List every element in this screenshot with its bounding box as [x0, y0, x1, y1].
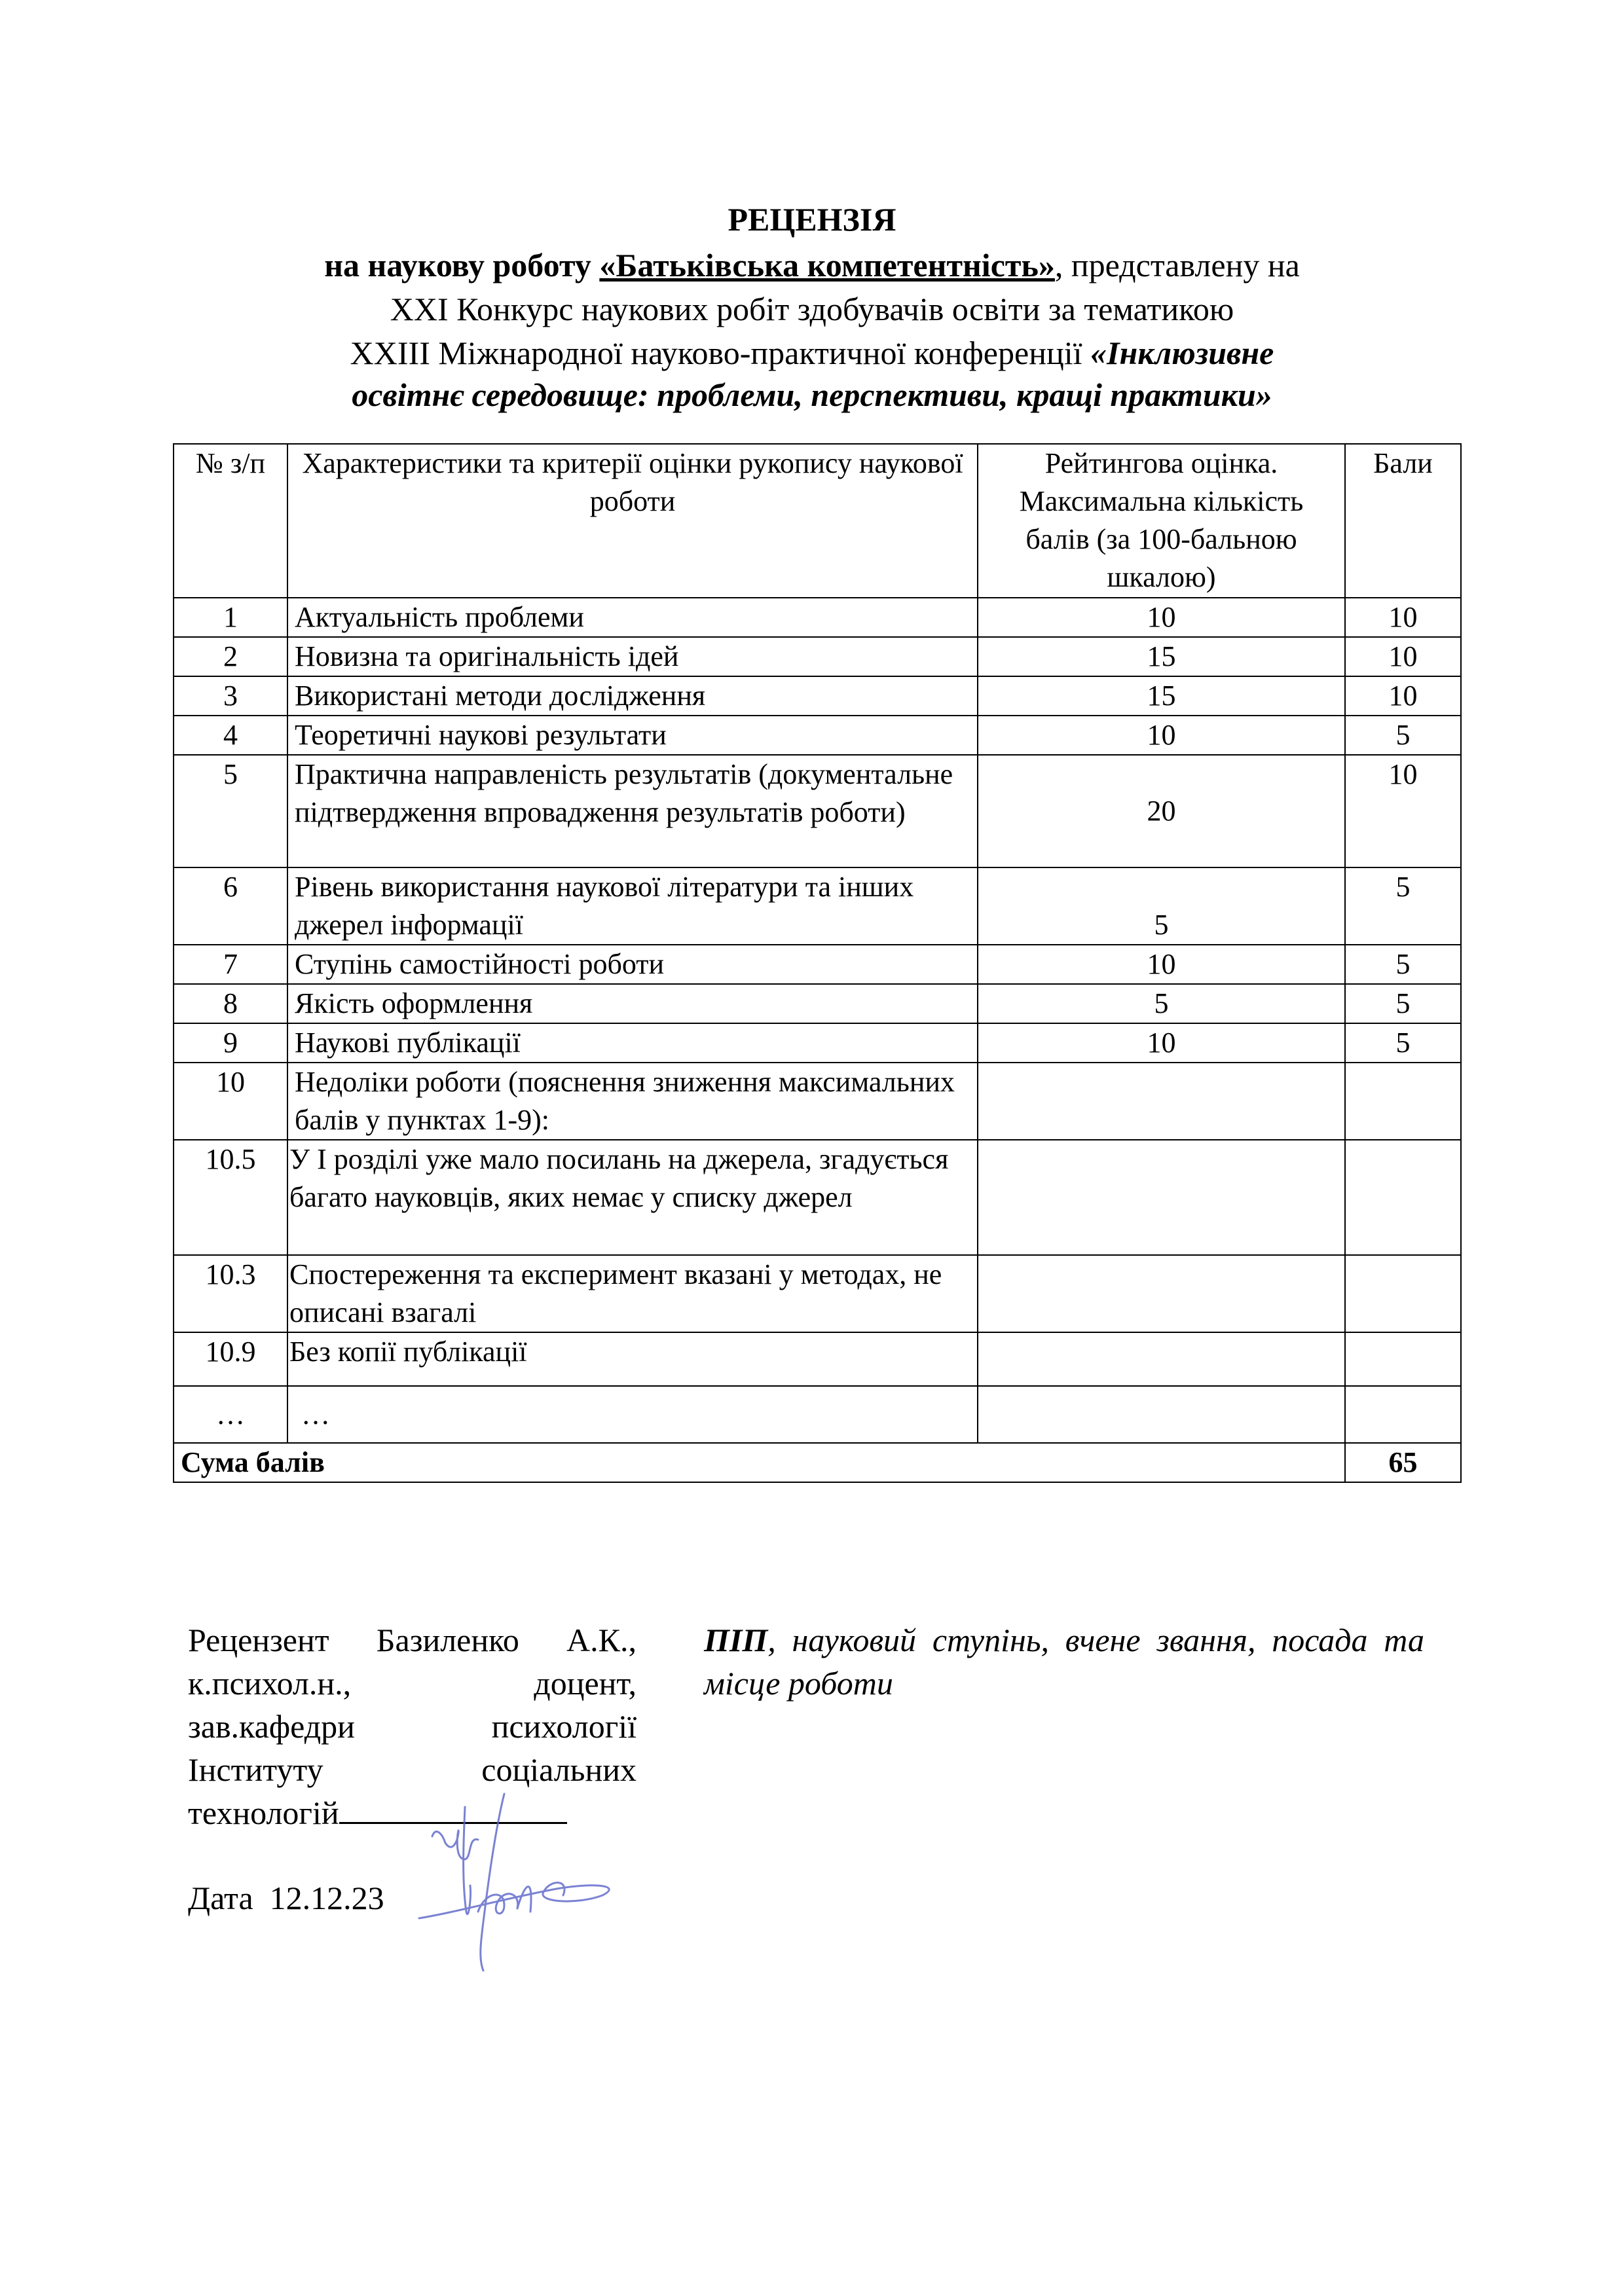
row-points [1345, 1332, 1461, 1386]
row-criterion: Наукові публікації [287, 1023, 978, 1063]
review-table: № з/п Характеристики та критерії оцінки … [173, 443, 1462, 1483]
row-points [1345, 1255, 1461, 1332]
row-number: 10.9 [174, 1332, 287, 1386]
row-number: 1 [174, 598, 287, 637]
row-criterion: Теоретичні наукові результати [287, 716, 978, 755]
row-max-score: 5 [978, 984, 1345, 1023]
conference-title-part-1: «Інклюзивне [1090, 335, 1274, 371]
row-criterion: Без копії публікації [287, 1332, 978, 1386]
row-number: 9 [174, 1023, 287, 1063]
row-max-score: 5 [978, 867, 1345, 945]
row-max-score [978, 1063, 1345, 1140]
row-criterion: Використані методи дослідження [287, 676, 978, 716]
table-row: 8Якість оформлення55 [174, 984, 1461, 1023]
header-line-1: на наукову роботу «Батьківська компетент… [0, 246, 1624, 285]
row-points: 10 [1345, 637, 1461, 676]
date-value: 12.12.23 [270, 1880, 384, 1916]
row-max-score: 10 [978, 1023, 1345, 1063]
row-points: 10 [1345, 755, 1461, 867]
row-max-score [978, 1332, 1345, 1386]
reviewer-hint: ПІП, науковий ступінь, вчене звання, пос… [704, 1618, 1424, 1705]
reviewer-line: Рецензент Базиленко А.К., [188, 1618, 637, 1662]
row-number: 3 [174, 676, 287, 716]
row-criterion: Практична направленість результатів (док… [287, 755, 978, 867]
row-max-score [978, 1140, 1345, 1255]
header-line-1-prefix: на наукову роботу [324, 247, 599, 283]
reviewer-hint-bold: ПІП [704, 1622, 767, 1658]
handwritten-signature-icon [406, 1781, 629, 1977]
row-points: 5 [1345, 867, 1461, 945]
row-max-score: 15 [978, 676, 1345, 716]
column-header-points: Бали [1345, 444, 1461, 598]
row-number: … [174, 1386, 287, 1443]
header-line-2: XXI Конкурс наукових робіт здобувачів ос… [0, 289, 1624, 329]
row-number: 10.5 [174, 1140, 287, 1255]
row-points: 5 [1345, 945, 1461, 984]
row-criterion: Спостереження та експеримент вказані у м… [287, 1255, 978, 1332]
table-row: 4Теоретичні наукові результати105 [174, 716, 1461, 755]
table-header-row: № з/п Характеристики та критерії оцінки … [174, 444, 1461, 598]
document-title: РЕЦЕНЗІЯ [0, 200, 1624, 239]
header-line-3-prefix: XXIII Міжнародної науково-практичної кон… [350, 335, 1090, 371]
table-row: 9Наукові публікації105 [174, 1023, 1461, 1063]
reviewer-hint-rest: , науковий ступінь, вчене звання, посада… [704, 1622, 1424, 1702]
conference-title-part-2: освітнє середовище: проблеми, перспектив… [0, 375, 1624, 414]
sum-row: Сума балів65 [174, 1443, 1461, 1482]
row-points [1345, 1140, 1461, 1255]
table-row: 10Недоліки роботи (пояснення зниження ма… [174, 1063, 1461, 1140]
header-line-1-suffix: , представлену на [1055, 247, 1300, 283]
row-max-score [978, 1386, 1345, 1443]
reviewer-line: зав.кафедри психології [188, 1705, 637, 1748]
work-title: «Батьківська компетентність» [599, 247, 1055, 283]
sum-value: 65 [1345, 1443, 1461, 1482]
row-number: 7 [174, 945, 287, 984]
table-row: 6Рівень використання наукової літератури… [174, 867, 1461, 945]
row-criterion: У І розділі уже мало посилань на джерела… [287, 1140, 978, 1255]
row-number: 4 [174, 716, 287, 755]
row-number: 2 [174, 637, 287, 676]
row-points [1345, 1386, 1461, 1443]
row-number: 5 [174, 755, 287, 867]
row-max-score: 10 [978, 945, 1345, 984]
row-max-score: 10 [978, 716, 1345, 755]
row-criterion: … [287, 1386, 978, 1443]
row-number: 6 [174, 867, 287, 945]
sum-label: Сума балів [174, 1443, 1345, 1482]
row-number: 10.3 [174, 1255, 287, 1332]
row-max-score: 10 [978, 598, 1345, 637]
row-criterion: Якість оформлення [287, 984, 978, 1023]
row-criterion: Актуальність проблеми [287, 598, 978, 637]
row-criterion: Недоліки роботи (пояснення зниження макс… [287, 1063, 978, 1140]
column-header-max: Рейтингова оцінка. Максимальна кількість… [978, 444, 1345, 598]
header-line-3: XXIII Міжнародної науково-практичної кон… [0, 333, 1624, 373]
table-row: 3Використані методи дослідження1510 [174, 676, 1461, 716]
reviewer-line: технологій [188, 1795, 339, 1831]
row-number: 8 [174, 984, 287, 1023]
row-points: 5 [1345, 1023, 1461, 1063]
column-header-number: № з/п [174, 444, 287, 598]
row-points: 5 [1345, 984, 1461, 1023]
row-criterion: Рівень використання наукової літератури … [287, 867, 978, 945]
table-row: …… [174, 1386, 1461, 1443]
row-max-score: 20 [978, 755, 1345, 867]
table-row: 2Новизна та оригінальність ідей1510 [174, 637, 1461, 676]
column-header-criterion: Характеристики та критерії оцінки рукопи… [287, 444, 978, 598]
row-points: 10 [1345, 676, 1461, 716]
row-criterion: Новизна та оригінальність ідей [287, 637, 978, 676]
table-row: 10.5 У І розділі уже мало посилань на дж… [174, 1140, 1461, 1255]
review-date: Дата 12.12.23 [188, 1879, 384, 1917]
row-criterion: Ступінь самостійності роботи [287, 945, 978, 984]
table-row: 10.9Без копії публікації [174, 1332, 1461, 1386]
table-row: 1Актуальність проблеми1010 [174, 598, 1461, 637]
row-points: 5 [1345, 716, 1461, 755]
row-max-score [978, 1255, 1345, 1332]
row-number: 10 [174, 1063, 287, 1140]
row-points [1345, 1063, 1461, 1140]
row-max-score: 15 [978, 637, 1345, 676]
table-row: 5Практична направленість результатів (до… [174, 755, 1461, 867]
date-label: Дата [188, 1880, 253, 1916]
row-points: 10 [1345, 598, 1461, 637]
table-row: 10.3Спостереження та експеримент вказані… [174, 1255, 1461, 1332]
table-row: 7Ступінь самостійності роботи105 [174, 945, 1461, 984]
reviewer-line: к.психол.н., доцент, [188, 1662, 637, 1705]
